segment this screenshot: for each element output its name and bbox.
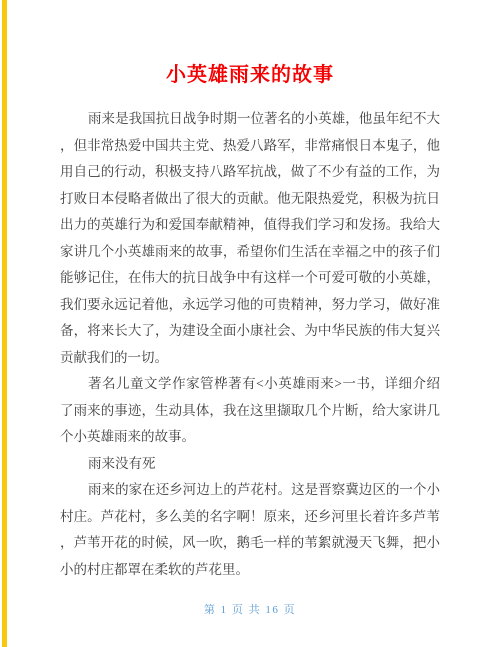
paragraph: 雨来的家在还乡河边上的芦花村。这是晋察冀边区的一个小村庄。芦花村，多么美的名字啊… [60,477,440,583]
page-title: 小英雄雨来的故事 [0,58,500,87]
text-line: ，但非常热爱中国共主党、热爱八路军，非常痛恨日本鬼子，他 [60,133,440,160]
text-line: 雨来没有死 [60,451,440,478]
text-line: 个小英雄雨来的故事。 [60,424,440,451]
text-line: 打败日本侵略者做出了很大的贡献。他无限热爱党，积极为抗日 [60,186,440,213]
text-line: 了雨来的事迹，生动具体，我在这里撷取几个片断，给大家讲几 [60,398,440,425]
text-line: 著名儿童文学作家管桦著有<小英雄雨来>一书，详细介绍 [60,371,440,398]
text-line: 用自己的行动，积极支持八路军抗战，做了不少有益的工作，为 [60,159,440,186]
page-number-footer: 第 1 页 共 16 页 [0,601,500,617]
text-line: 小的村庄都罩在柔软的芦花里。 [60,557,440,584]
text-line: 出力的英雄行为和爱国奉献精神，值得我们学习和发扬。我给大 [60,212,440,239]
paragraph: 著名儿童文学作家管桦著有<小英雄雨来>一书，详细介绍了雨来的事迹，生动具体，我在… [60,371,440,451]
text-line: 村庄。芦花村，多么美的名字啊！原来，还乡河里长着许多芦苇 [60,504,440,531]
text-line: ，芦苇开花的时候，风一吹，鹅毛一样的苇絮就漫天飞舞，把小 [60,530,440,557]
text-line: 我们要永远记着他，永远学习他的可贵精神，努力学习，做好准 [60,292,440,319]
text-line: 雨来是我国抗日战争时期一位著名的小英雄，他虽年纪不大 [60,106,440,133]
text-line: 备，将来长大了，为建设全面小康社会、为中华民族的伟大复兴 [60,318,440,345]
document-page: 小英雄雨来的故事 雨来是我国抗日战争时期一位著名的小英雄，他虽年纪不大，但非常热… [0,0,500,647]
left-accent-bar [2,0,7,647]
paragraph: 雨来是我国抗日战争时期一位著名的小英雄，他虽年纪不大，但非常热爱中国共主党、热爱… [60,106,440,371]
text-line: 雨来的家在还乡河边上的芦花村。这是晋察冀边区的一个小 [60,477,440,504]
subheading-paragraph: 雨来没有死 [60,451,440,478]
document-body: 雨来是我国抗日战争时期一位著名的小英雄，他虽年纪不大，但非常热爱中国共主党、热爱… [60,106,440,583]
text-line: 贡献我们的一切。 [60,345,440,372]
text-line: 能够记住，在伟大的抗日战争中有这样一个可爱可敬的小英雄， [60,265,440,292]
text-line: 家讲几个小英雄雨来的故事，希望你们生活在幸福之中的孩子们 [60,239,440,266]
